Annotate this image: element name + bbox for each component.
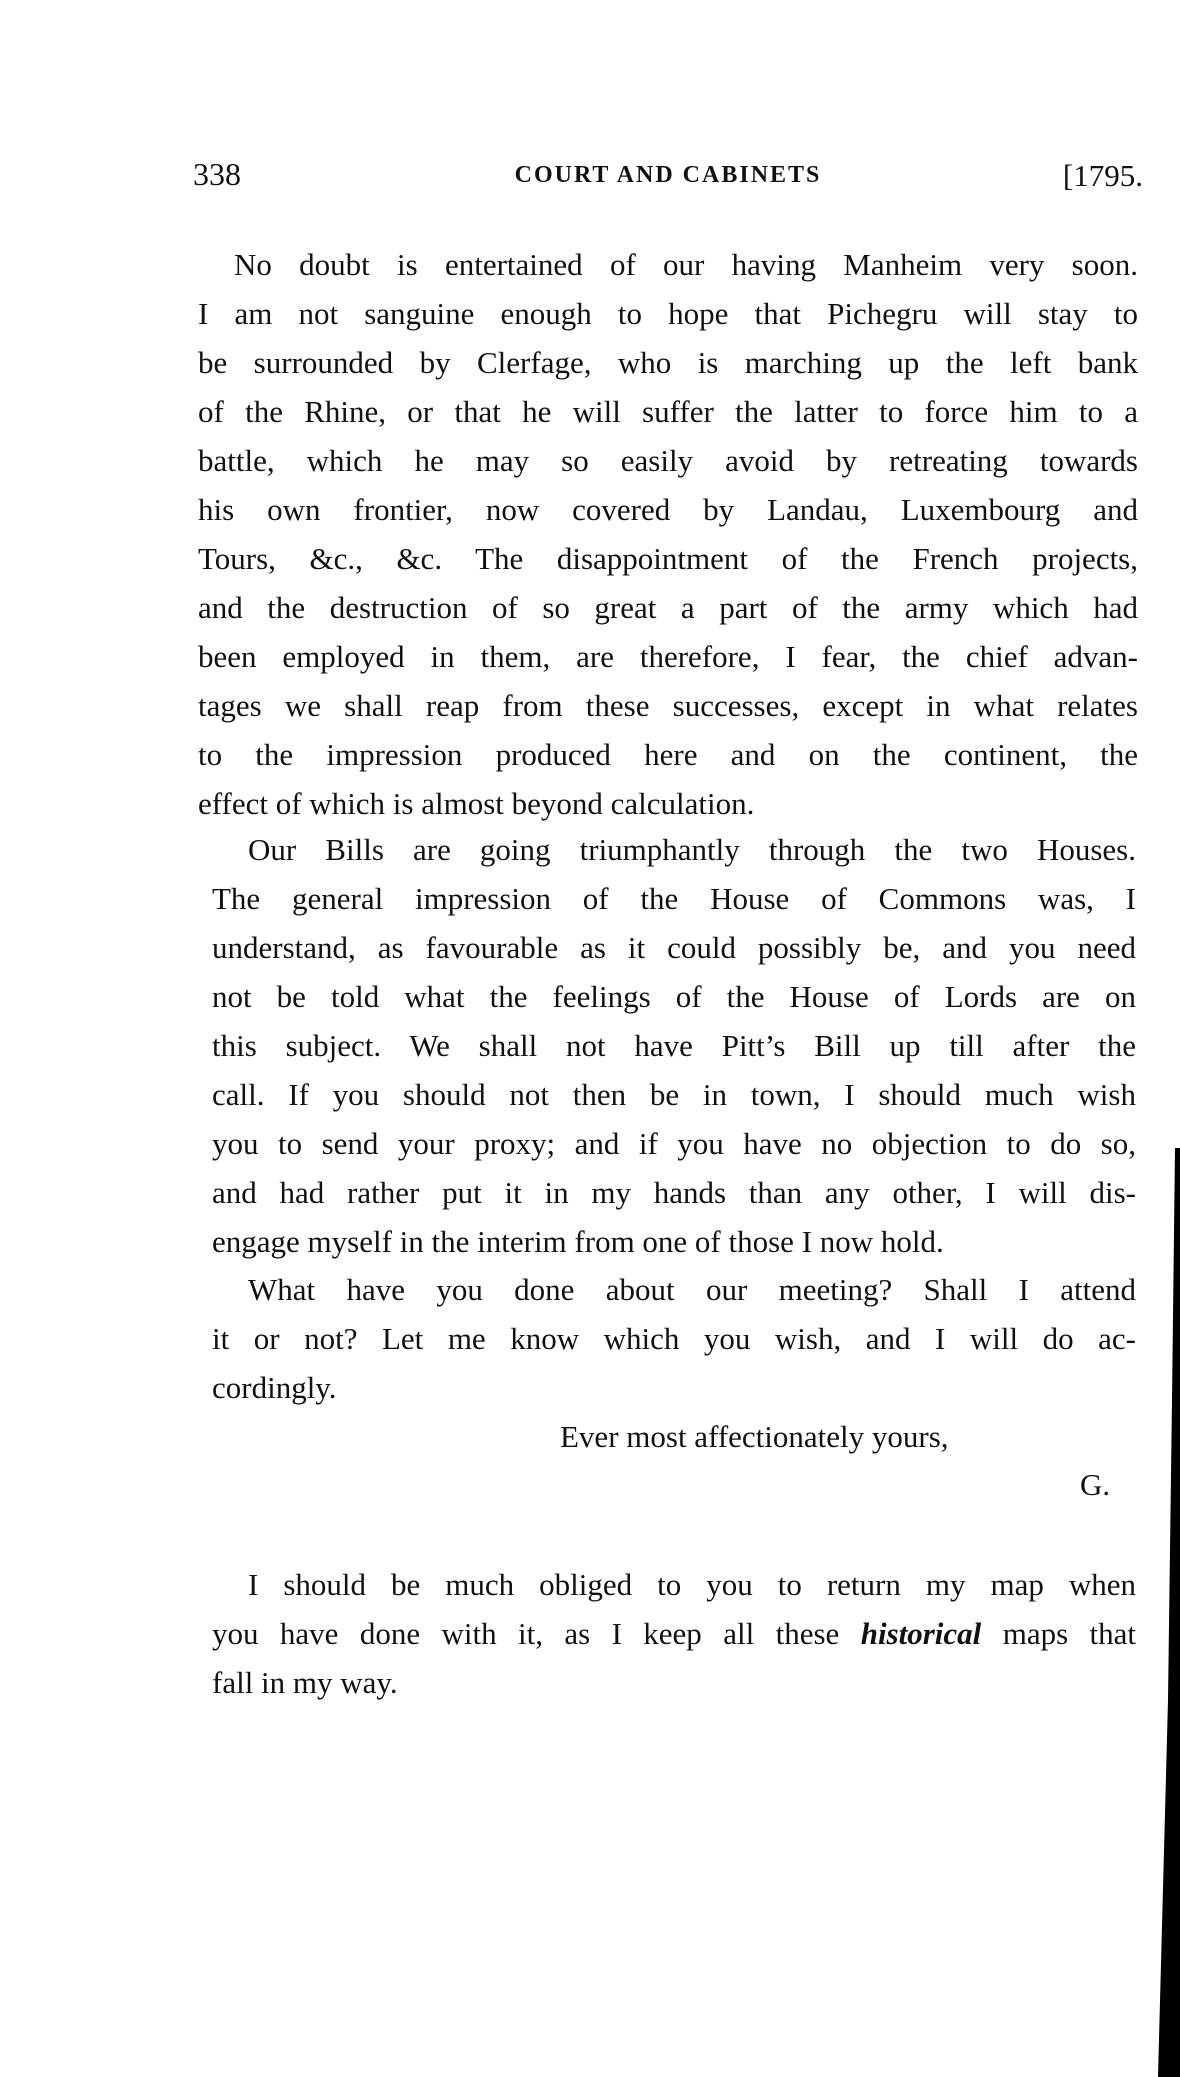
- text-line: I am not sanguine enough to hope that Pi…: [198, 289, 1138, 338]
- running-date: [1795.: [1063, 158, 1143, 194]
- postscript: I should be much obliged to you to retur…: [212, 1560, 1136, 1707]
- text-line: it or not? Let me know which you wish, a…: [212, 1314, 1136, 1363]
- letter-signature: G.: [1080, 1460, 1110, 1509]
- text-line: engage myself in the interim from one of…: [212, 1217, 1136, 1266]
- text-line: to the impression produced here and on t…: [198, 730, 1138, 779]
- text-line: his own frontier, now covered by Landau,…: [198, 485, 1138, 534]
- text-line: been employed in them, are therefore, I …: [198, 632, 1138, 681]
- paragraph-manheim: No doubt is entertained of our having Ma…: [198, 240, 1138, 828]
- text-line: understand, as favourable as it could po…: [212, 923, 1136, 972]
- text-line: and had rather put it in my hands than a…: [212, 1168, 1136, 1217]
- text-line: fall in my way.: [212, 1658, 1136, 1707]
- text-line: you have done with it, as I keep all the…: [212, 1609, 1136, 1658]
- text-segment: you have done with it, as I keep all the…: [212, 1616, 839, 1651]
- paragraph-bills: Our Bills are going triumphantly through…: [212, 825, 1136, 1266]
- text-line: this subject. We shall not have Pitt’s B…: [212, 1021, 1136, 1070]
- page-header: 338 COURT AND CABINETS [1795.: [193, 156, 1143, 196]
- text-line: The general impression of the House of C…: [212, 874, 1136, 923]
- text-line: cordingly.: [212, 1363, 1136, 1412]
- text-line: Tours, &c., &c. The disappointment of th…: [198, 534, 1138, 583]
- text-line: you to send your proxy; and if you have …: [212, 1119, 1136, 1168]
- page-edge-shadow: [1150, 0, 1180, 2077]
- text-line: tages we shall reap from these successes…: [198, 681, 1138, 730]
- text-line: and the destruction of so great a part o…: [198, 583, 1138, 632]
- text-segment: maps that: [1003, 1616, 1136, 1651]
- text-line: What have you done about our meeting? Sh…: [212, 1265, 1136, 1314]
- emphasized-word: historical: [861, 1616, 982, 1651]
- text-line: Our Bills are going triumphantly through…: [212, 825, 1136, 874]
- text-line: of the Rhine, or that he will suffer the…: [198, 387, 1138, 436]
- paragraph-meeting: What have you done about our meeting? Sh…: [212, 1265, 1136, 1412]
- text-line: effect of which is almost beyond calcula…: [198, 779, 1138, 828]
- text-line: battle, which he may so easily avoid by …: [198, 436, 1138, 485]
- text-line: call. If you should not then be in town,…: [212, 1070, 1136, 1119]
- text-line: not be told what the feelings of the Hou…: [212, 972, 1136, 1021]
- letter-closing: Ever most affectionately yours,: [560, 1412, 949, 1461]
- text-line: I should be much obliged to you to retur…: [212, 1560, 1136, 1609]
- text-line: be surrounded by Clerfage, who is marchi…: [198, 338, 1138, 387]
- text-line: No doubt is entertained of our having Ma…: [198, 240, 1138, 289]
- running-title: COURT AND CABINETS: [193, 162, 1143, 189]
